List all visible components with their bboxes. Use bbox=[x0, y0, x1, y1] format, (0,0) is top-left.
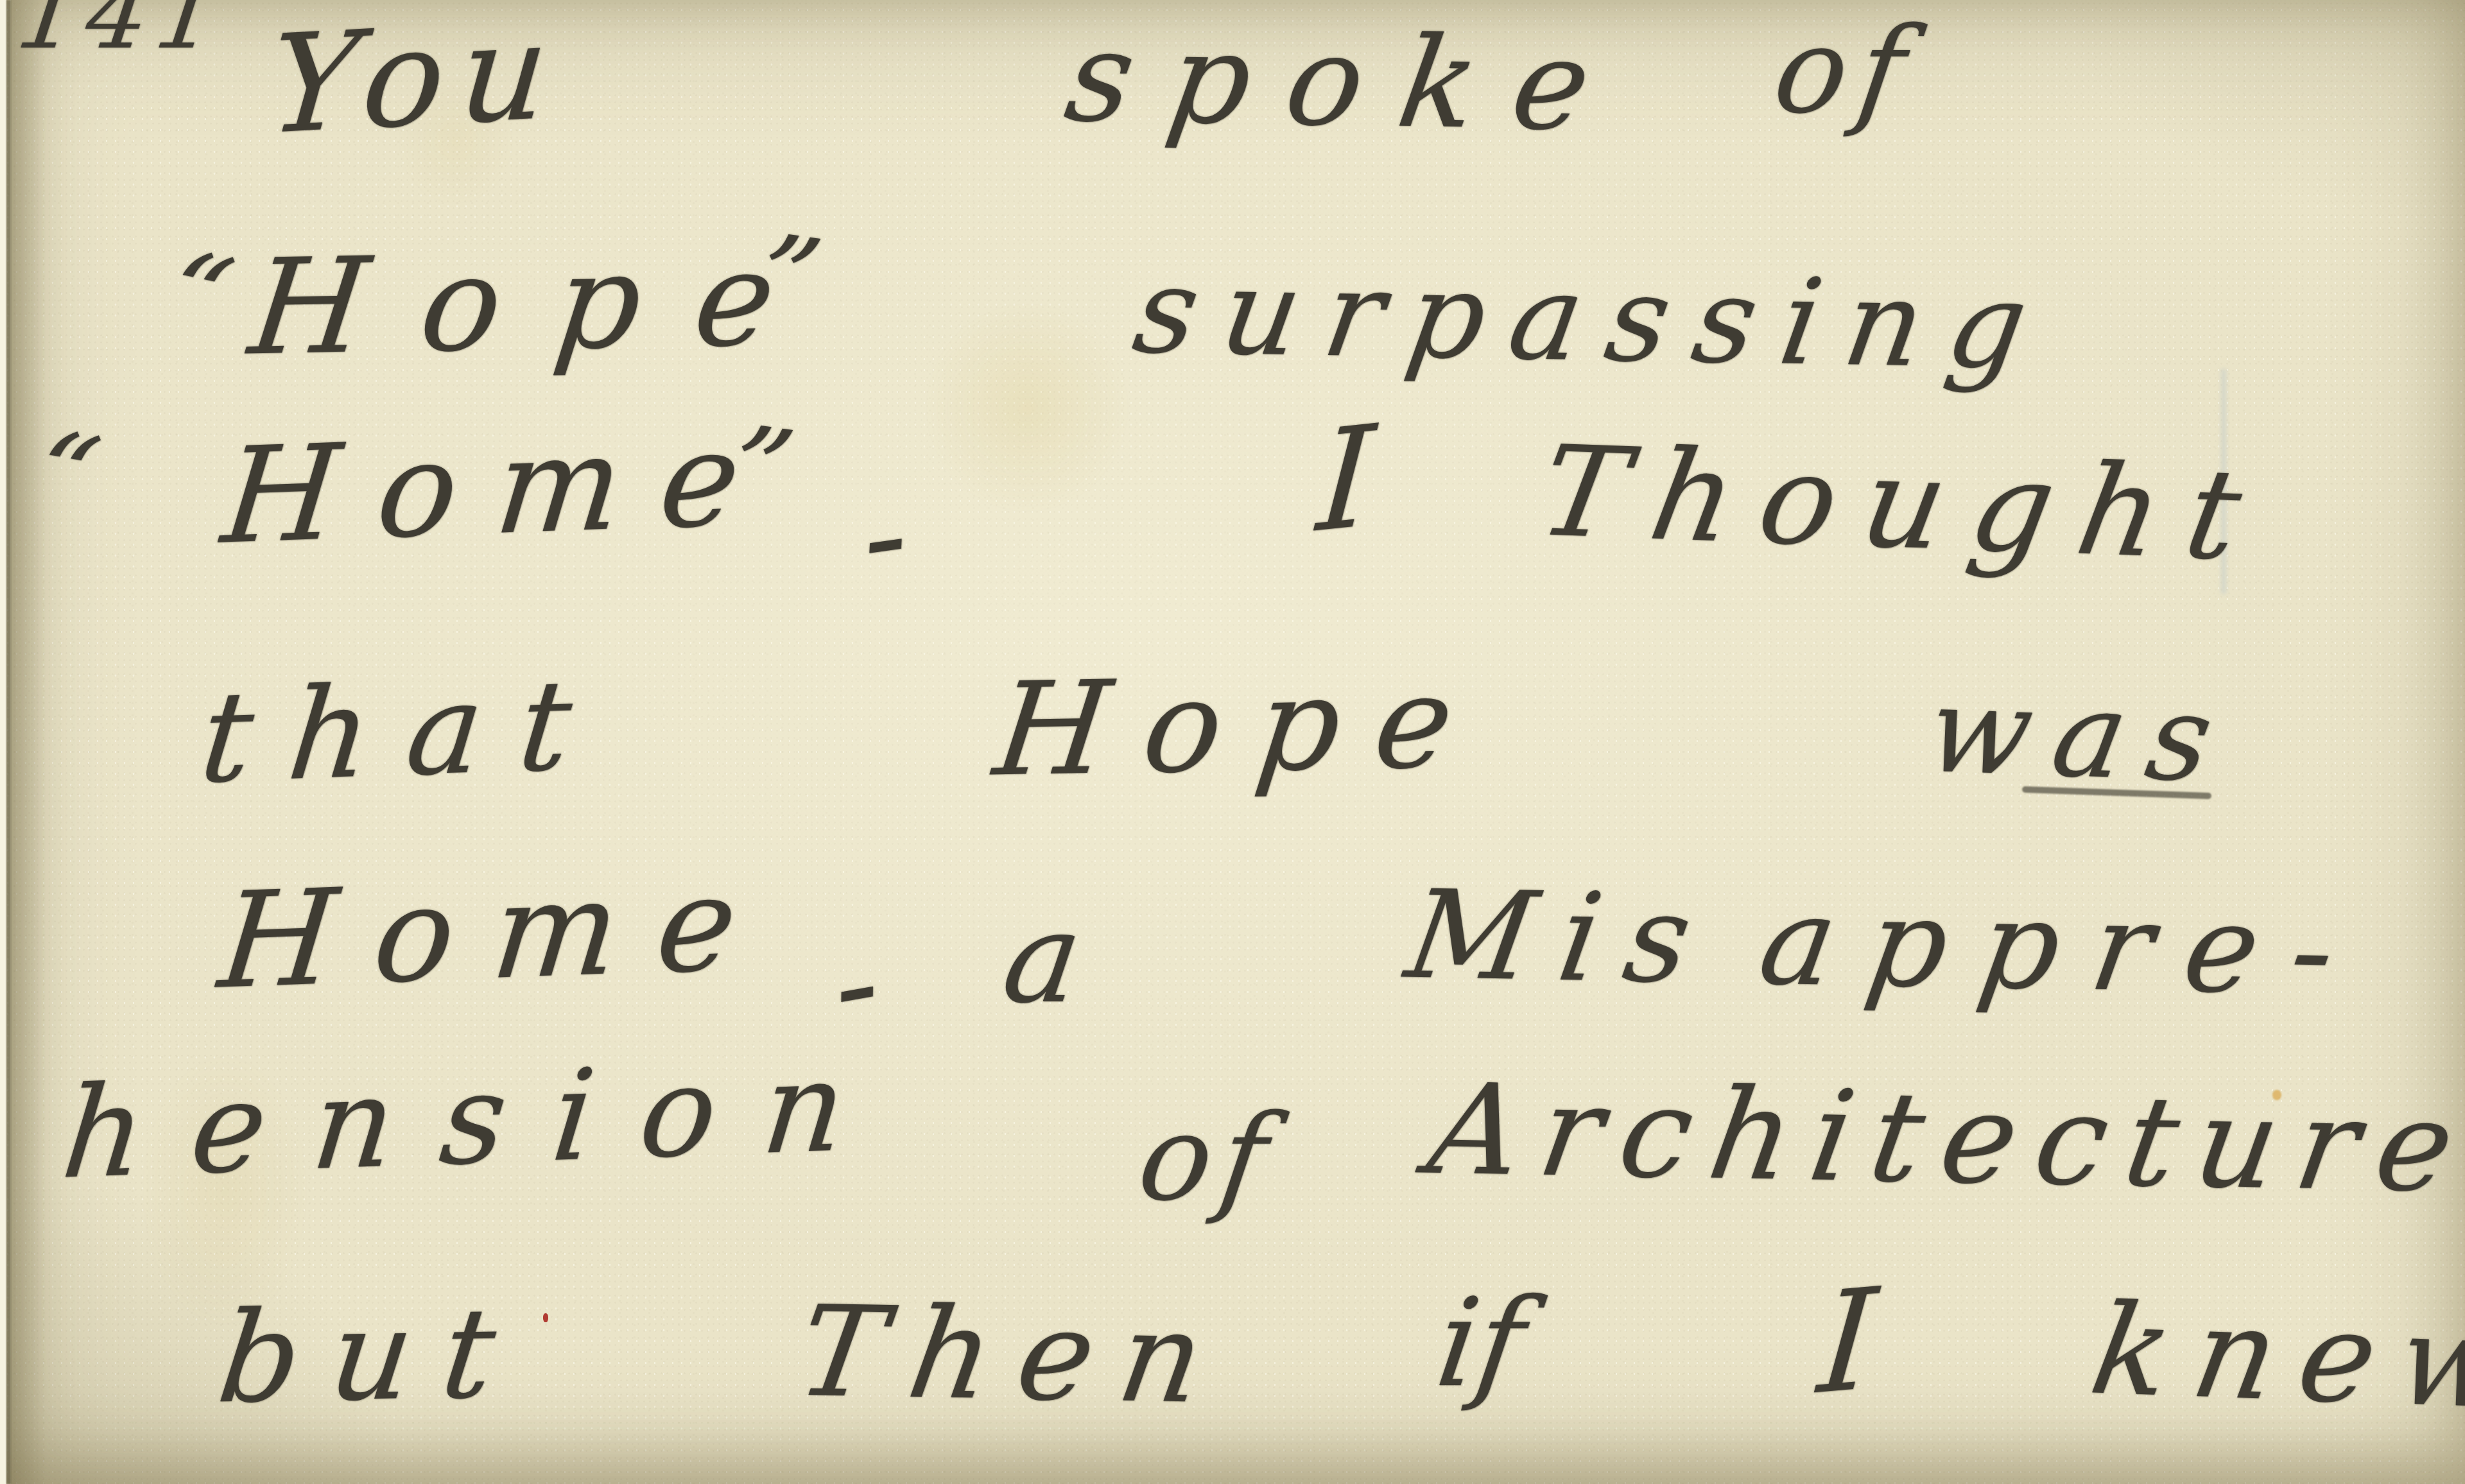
handwritten-word: of bbox=[1768, 12, 1924, 130]
paper-stain bbox=[924, 302, 1130, 513]
handwritten-word: Thought bbox=[1532, 429, 2277, 578]
red-fleck bbox=[543, 1313, 548, 1322]
handwritten-word: Hope bbox=[989, 658, 1496, 795]
dash-mark: - bbox=[854, 470, 915, 603]
handwritten-word: was bbox=[1919, 671, 2245, 800]
handwritten-word: hension bbox=[57, 1042, 899, 1196]
handwritten-word: but bbox=[212, 1290, 533, 1421]
handwritten-word: of bbox=[1132, 1099, 1283, 1218]
scan-edge-strip bbox=[0, 0, 6, 1484]
handwritten-word: Architecture bbox=[1421, 1067, 2465, 1210]
handwritten-word: I bbox=[1314, 406, 1378, 552]
page-number-annotation: 141 bbox=[2, 0, 240, 63]
handwritten-word: You bbox=[264, 3, 570, 153]
quote-mark: “ bbox=[149, 236, 244, 355]
handwritten-word: if bbox=[1430, 1282, 1532, 1404]
handwritten-word: Home bbox=[217, 412, 785, 564]
handwritten-word: spoke bbox=[1059, 14, 1636, 149]
handwritten-word: appre- bbox=[1752, 881, 2377, 1013]
handwritten-word: I bbox=[1814, 1270, 1881, 1414]
handwritten-word: Then bbox=[790, 1289, 1239, 1421]
scan-edge-shadow bbox=[11, 0, 46, 1484]
handwritten-word: surpassing bbox=[1127, 252, 2061, 386]
handwritten-word: Hope bbox=[244, 232, 837, 374]
scan-edge-line bbox=[6, 0, 11, 1484]
handwritten-word: Mis bbox=[1399, 874, 1725, 1001]
handwritten-word: that bbox=[195, 661, 614, 801]
handwritten-word: knew bbox=[2084, 1287, 2465, 1427]
manuscript-page: 141 You spoke of “ Hope ” surpassing “ H… bbox=[0, 0, 2465, 1484]
handwritten-word: Home bbox=[214, 857, 782, 1008]
handwritten-word: a bbox=[997, 895, 1089, 1021]
